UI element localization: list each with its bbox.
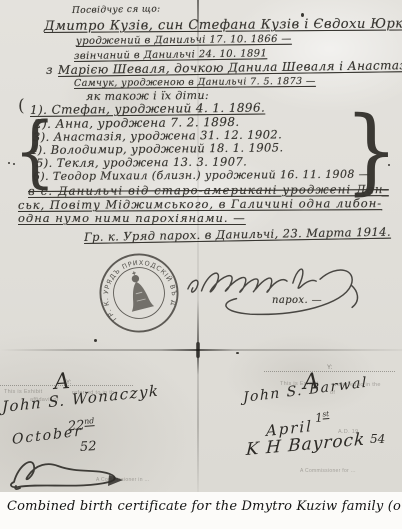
priest-title: парох. — [272,295,322,306]
certificate-line: Дмитро Кузів, син Стефана Кузів і Євдохи… [44,16,402,34]
document-photo: Посвідчує ся що: Дмитро Кузів, син Стефа… [0,0,402,492]
left-signer-name: John S. Wonaczyk [2,381,159,416]
commissioner-signature [6,452,131,490]
paper-speck [388,164,390,166]
parish-seal-stamp: ГР. К. УРЯДЪ ПРИХОДСКІЙ ВЪ ДАНКОВЦѢ ✳ [89,243,188,342]
right-rule-label: Y: [327,365,332,371]
certificate-line: уроджений в Данильчі 17. 10. 1866 — [76,34,292,47]
paper-speck [8,162,10,164]
left-day-suffix: nd [84,416,95,426]
paper-speck [13,163,15,165]
dateline: Гр. к. Уряд парох. в Данильчі, 23. Марта… [84,225,391,244]
paper-speck [94,339,97,342]
note-line: ськ, Повіту Міджимського, в Галичині одн… [18,196,382,212]
paper-speck [236,352,239,354]
child-entry: 5). Текля, уроджена 13. 3. 1907. [36,155,247,170]
right-signature-name: K H Bayrock [245,429,365,460]
saint-figure-icon [123,269,155,312]
marriage-prefix: з [46,63,53,77]
fold-intersection-stain [196,342,200,358]
horizontal-fold-crease [0,349,402,351]
parish-priest-signature [178,252,363,320]
right-year: 54 [370,432,385,446]
right-day-suffix: st [322,409,329,418]
certificate-line: Самчук, уродженою в Данильчі 7. 5. 1873 … [74,76,316,89]
right-day: 1st [314,409,329,425]
left-month: October [12,423,83,448]
caption-strip: Combined birth certificate for the Dmytr… [0,492,402,529]
parish-seal-graphic: ГР. К. УРЯДЪ ПРИХОДСКІЙ ВЪ ДАНКОВЦѢ ✳ [89,243,188,342]
paper-speck [301,13,304,17]
certificate-opening: Посвідчує ся що: [72,4,161,16]
note-line: одна нумо ними парохіянами. — [18,211,246,225]
left-signer-name-text: John S. Wonaczyk [2,381,159,416]
faint-commissioner-text: A Commissioner for ... [300,468,356,474]
child-entry: 6). Теодор Михаил (близн.) уроджений 16.… [33,168,370,183]
caption-text: Combined birth certificate for the Dmytr… [7,499,402,514]
right-dotted-rule [264,371,395,372]
